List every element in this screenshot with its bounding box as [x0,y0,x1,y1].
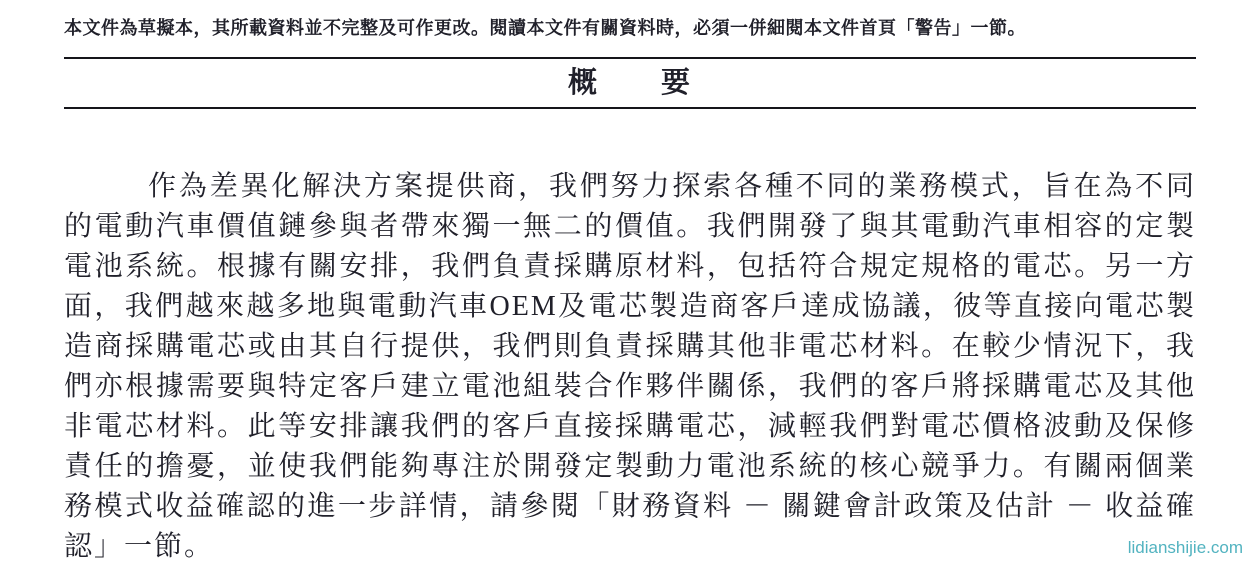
watermark-text: lidianshijie.com [1128,538,1243,558]
divider-top [64,57,1196,59]
document-page: 本文件為草擬本，其所載資料並不完整及可作更改。閱讀本文件有關資料時，必須一併細閱… [0,0,1260,576]
summary-paragraph: 作為差異化解決方案提供商，我們努力探索各種不同的業務模式，旨在為不同的電動汽車價… [64,109,1196,567]
draft-disclaimer: 本文件為草擬本，其所載資料並不完整及可作更改。閱讀本文件有關資料時，必須一併細閱… [64,0,1196,41]
page-title: 概 要 [64,64,1196,102]
document-content: 本文件為草擬本，其所載資料並不完整及可作更改。閱讀本文件有關資料時，必須一併細閱… [64,0,1196,567]
